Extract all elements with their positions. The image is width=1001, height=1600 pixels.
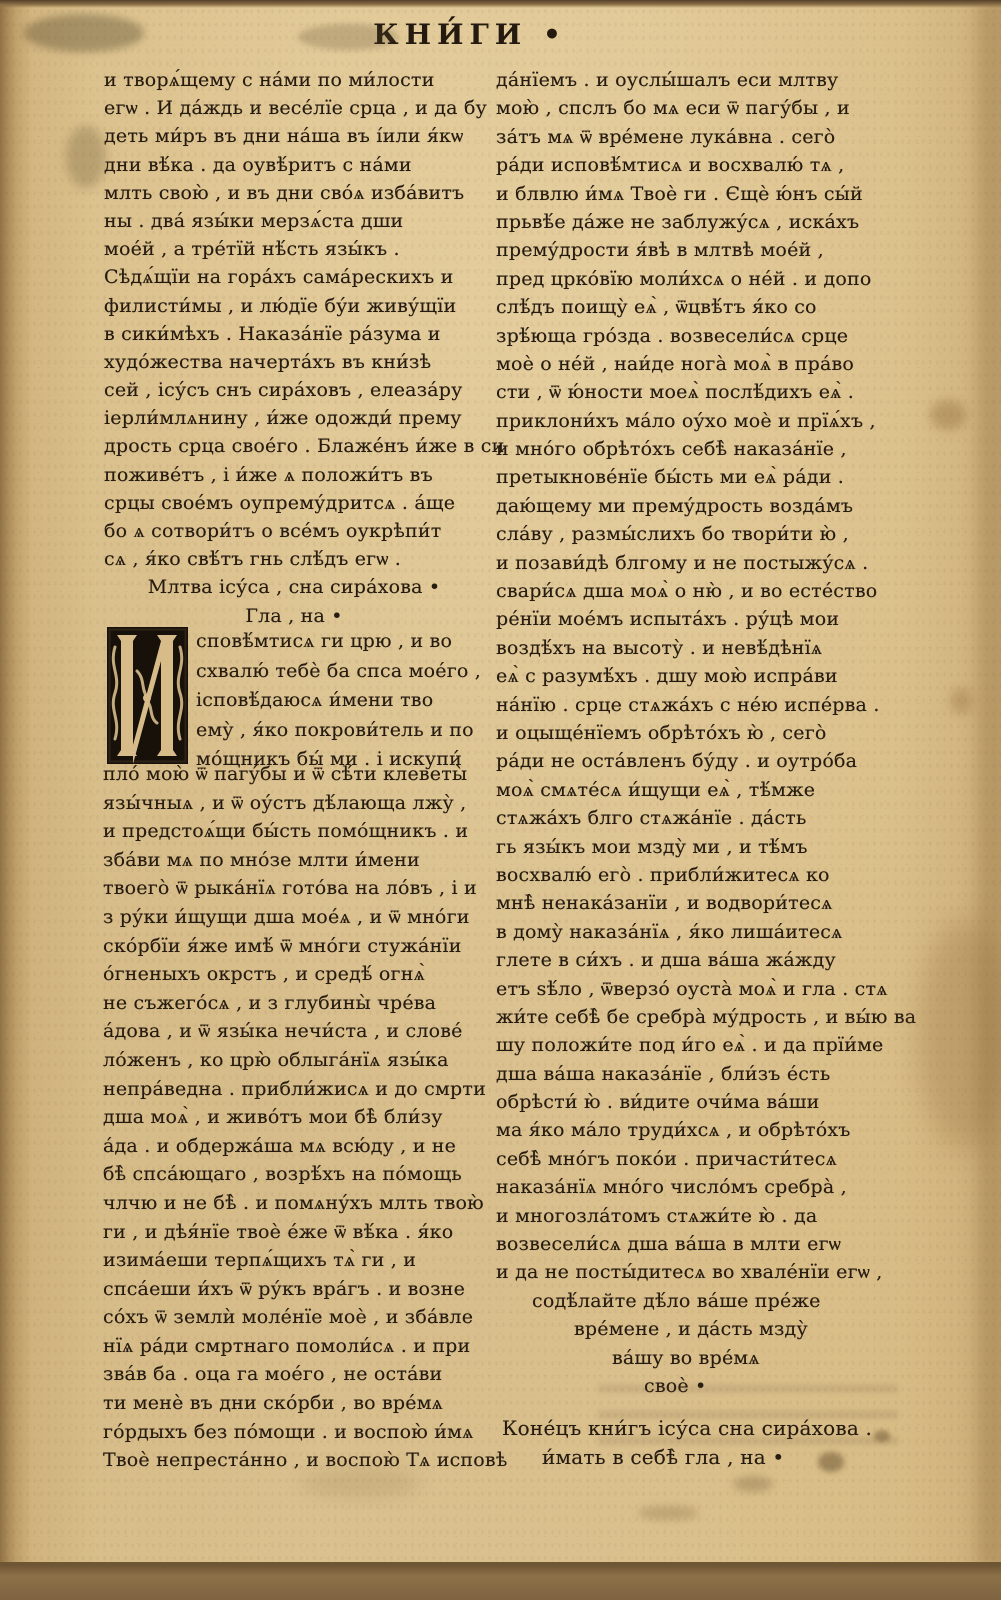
page-top-edge (0, 0, 1001, 8)
text-line: и мно́го обрѣто́хъ себѣ̀ наказа́нїе , (496, 435, 891, 463)
text-line: нїѧ ра́ди смртнаго помоли́сѧ . и при (103, 1332, 488, 1361)
text-line: поживе́тъ , і и́же ѧ положи́тъ въ (104, 461, 484, 489)
text-line: а́дова , и ѿ язы́ка нечи́ста , и слове́ (103, 1017, 488, 1046)
text-line: свари́сѧ дша моѧ̀ о ню̀ , и во есте́ство (496, 577, 891, 605)
text-line: схвалю́ тебѐ ба спса мое́го , (196, 657, 486, 687)
text-line: Сѣдѧ́щїи на гора́хъ сама́рескихъ и (104, 263, 484, 291)
fox-spot (638, 1506, 698, 1520)
text-line: моѐ о не́й , наи́де нога̀ моѧ̀ в пра́во (496, 350, 891, 378)
text-line: в сики́мѣхъ . Наказа́нїе ра́зума и (104, 320, 484, 348)
text-line: ны . два́ язы́ки мерзѧ́ста дши (104, 207, 484, 235)
text-line: слѣ́дъ поищу̀ еѧ̀ , ѿцвѣ́тъ я́ко со (496, 293, 891, 321)
right-column: да́нїемъ . и оуслы́шалъ еси млтвумою̀ , … (496, 66, 891, 1400)
text-line: етъ ѕѣ́ло , ѿверзо́ оуста̀ моѧ̀ и гла . … (496, 975, 891, 1003)
text-line: ра́ди не оста́вленъ бу́ду . и оутро́ба (496, 747, 891, 775)
text-line: мое́й , а тре́тїй нѣ́сть язы́къ . (104, 235, 484, 263)
woodcut-initial-icon (107, 627, 188, 764)
text-line: возвесели́сѧ дша ва́ша в млти егѡ (496, 1230, 891, 1258)
text-line: в дому̀ наказа́нїѧ , я́ко лиша́итесѧ (496, 918, 891, 946)
text-line: да́нїемъ . и оуслы́шалъ еси млтву (496, 66, 891, 94)
text-line: со́хъ ѿ землѝ моле́нїе моѐ , и зба́вле (103, 1303, 488, 1332)
text-line: ісповѣ́даюсѧ и́мени тво (196, 686, 486, 716)
text-line: ва́шу во вре́мѧ (612, 1344, 891, 1372)
text-line: глете в си́хъ . и дша ва́ша жа́жду (496, 946, 891, 974)
text-line: и оцыще́нїемъ обрѣто́хъ ю̀ , сего̀ (496, 719, 891, 747)
text-line: дша моѧ̀ , и живо́тъ мои бѣ̀ бли́зу (103, 1103, 488, 1132)
text-line: моѧ̀ смѧте́сѧ и́щущи еѧ̀ , тѣ́мже (496, 776, 891, 804)
text-line: за́тъ мѧ ѿ вре́мене лука́вна . сего̀ (496, 123, 891, 151)
text-line: Гла , на • (104, 602, 484, 630)
text-line: и да не посты́дитесѧ во хвале́нїи егѡ , (496, 1258, 891, 1286)
text-line: вре́мене , и да́сть мзду̀ (574, 1315, 891, 1343)
text-line: сповѣ́мтисѧ ги црю , и во (196, 627, 486, 657)
left-column-upper: и творѧ́щему с на́ми по ми́лостиегѡ . И … (104, 66, 484, 630)
text-line: сѧ , я́ко свѣ́тъ гнь слѣ́дъ егѡ . (104, 545, 484, 573)
text-line: худо́жества начерта́хъ въ кни́зѣ (104, 348, 484, 376)
text-line: млть свою̀ , и въ дни сво́ѧ изба́витъ (104, 179, 484, 207)
text-line: спса́еши и́хъ ѿ ру́къ вра́гъ . и возне (103, 1275, 488, 1304)
text-line: изима́еши терпѧ́щихъ тѧ̀ ги , и (103, 1246, 488, 1275)
text-line: филисти́мы , и лю́дїе бу́и живу́щїи (104, 292, 484, 320)
text-line: бѣ̀ спса́ющаго , возрѣ́хъ на по́мощь (103, 1160, 488, 1189)
text-line: и многозла́томъ стѧжи́те ю̀ . да (496, 1202, 891, 1230)
page-bottom-edge (0, 1562, 1001, 1600)
text-line: жи́те себѣ̀ бе сребра̀ му́дрость , и вы́… (496, 1003, 891, 1031)
text-line: дрость срца свое́го . Блаже́нъ и́же в си (104, 432, 484, 460)
text-line: восхвалю́ его̀ . прибли́житесѧ ко (496, 861, 891, 889)
text-line: содѣ́лайте дѣ́ло ва́ше пре́же (532, 1287, 891, 1315)
text-line: з ру́ки и́щущи дша мое́ѧ , и ѿ мно́ги (103, 903, 488, 932)
text-line: своѐ • (644, 1372, 891, 1400)
text-line: зва́в ба . оца га мое́го , не оста́ви (103, 1360, 488, 1389)
running-title: КНИ́ГИ • (340, 18, 600, 51)
text-line: сла́ву , размы́слихъ бо твори́ти ю̀ , (496, 520, 891, 548)
text-line: члчю и не бѣ̀ . и помѧну́хъ млть твою̀ (103, 1189, 488, 1218)
fox-spot (930, 400, 966, 430)
text-line: и творѧ́щему с на́ми по ми́лости (104, 66, 484, 94)
ink-smudge (66, 126, 106, 188)
text-line: даю́щему ми прему́дрость возда́мъ (496, 492, 891, 520)
text-line: дни вѣ́ка . да оувѣ́ритъ с на́ми (104, 151, 484, 179)
text-line: ти менѐ въ дни ско́рби , во вре́мѧ (103, 1389, 488, 1418)
text-line: Твоѐ непреста́нно , и воспою̀ Тѧ исповѣ (103, 1446, 488, 1475)
text-line: себѣ̀ мно́гъ поко́и . причасти́тесѧ (496, 1145, 891, 1173)
text-line: и позави́дѣ блгому и не постыжу́сѧ . (496, 549, 891, 577)
text-line: шу положи́те под и́го еѧ̀ . и да прїи́ме (496, 1031, 891, 1059)
text-line: іерли́млѧнину , и́же одожди́ прему (104, 404, 484, 432)
text-line: егѡ . И да́ждь и весе́лїе срца , и да бу (104, 94, 484, 122)
left-column-beside-initial: сповѣ́мтисѧ ги црю , и восхвалю́ тебѐ ба… (196, 627, 486, 775)
text-line: ма я́ко ма́ло труди́хсѧ , и обрѣто́хъ (496, 1116, 891, 1144)
text-line: срцы свое́мъ оупрему́дритсѧ . а́ще (104, 489, 484, 517)
text-line: ло́женъ , ко црю̀ облыга́нїѧ язы́ка (103, 1046, 488, 1075)
text-line: обрѣсти́ ю̀ . ви́дите очи́ма ва́ши (496, 1088, 891, 1116)
text-line: и блвлю и́мѧ Твоѐ ги . Єщѐ ю́нъ сы́й (496, 180, 891, 208)
text-line: стѧжа́хъ блго стѧжа́нїе . да́сть (496, 804, 891, 832)
text-line: Коне́цъ кни́гъ ісу́са сна сира́хова . (502, 1414, 896, 1443)
text-line: язы́чныѧ , и ѿ оу́стъ дѣ́лающа лжу̀ , (103, 789, 488, 818)
text-line: мою̀ , спслъ бо мѧ еси ѿ пагу́бы , и (496, 94, 891, 122)
text-line: а́да . и обдержа́ша мѧ всю́ду , и не (103, 1132, 488, 1161)
text-line: и́мать в себѣ̀ гла , на • (542, 1443, 896, 1472)
text-line: гь язы́къ мои мзду̀ ми , и тѣ́мъ (496, 833, 891, 861)
text-line: зрѣ́юща гро́зда . возвесели́сѧ срце (496, 322, 891, 350)
text-line: бо ѧ сотвори́тъ о все́мъ оукрѣпи́т (104, 517, 484, 545)
ink-smudge (24, 14, 144, 52)
text-line: ра́ди исповѣ́мтисѧ и восхвалю́ тѧ , (496, 151, 891, 179)
text-line: прему́дрости я́вѣ в млтвѣ мое́й , (496, 236, 891, 264)
text-line: дша ва́ша наказа́нїе , бли́зъ е́сть (496, 1060, 891, 1088)
text-line: сти , ѿ ю́ности моеѧ̀ послѣ́дихъ еѧ̀ . (496, 378, 891, 406)
text-line: мнѣ̀ ненака́занїи , и водвори́тесѧ (496, 889, 891, 917)
colophon: Коне́цъ кни́гъ ісу́са сна сира́хова .и́м… (496, 1414, 896, 1472)
text-line: ему̀ , я́ко покрови́тель и по (196, 716, 486, 746)
text-line: прьвѣ́е да́же не заблужу́сѧ , иска́хъ (496, 208, 891, 236)
text-line: твоего̀ ѿ рыка́нїѧ гото́ва на ло́въ , і … (103, 874, 488, 903)
text-line: приклони́хъ ма́ло оу́хо моѐ и прїѧ́хъ , (496, 407, 891, 435)
text-line: Млтва ісу́са , сна сира́хова • (104, 573, 484, 601)
fox-spot (950, 688, 972, 714)
text-line: деть ми́ръ въ дни на́ша въ і́или я́кѡ (104, 122, 484, 150)
text-line: ги , и дѣя́нїе твоѐ е́же ѿ вѣ́ка . я́ко (103, 1218, 488, 1247)
text-line: на́нїю . срце стѧжа́хъ с не́ю испе́рва . (496, 691, 891, 719)
left-column-lower: пло́ мою̀ ѿ пагу́бы и ѿ сѣ́ти клеветы̀яз… (103, 760, 488, 1475)
text-line: пло́ мою̀ ѿ пагу́бы и ѿ сѣ́ти клеветы̀ (103, 760, 488, 789)
text-line: еѧ̀ с разумѣ́хъ . дшу мою̀ испра́ви (496, 662, 891, 690)
text-line: сей , ісу́съ снъ сира́ховъ , елеаза́ру (104, 376, 484, 404)
text-line: го́рдыхъ без по́мощи . и воспою̀ и́мѧ (103, 1418, 488, 1447)
text-line: непра́ведна . прибли́жисѧ и до смрти (103, 1075, 488, 1104)
book-page: КНИ́ГИ • и творѧ́щему с на́ми по ми́лост… (0, 0, 1001, 1566)
fox-spot (733, 1476, 773, 1492)
text-line: зба́ви мѧ по мно́зе млти и́мени (103, 846, 488, 875)
text-line: воздѣ́хъ на высоту̀ . и невѣ́дѣнїѧ (496, 634, 891, 662)
text-line: пред црко́вїю моли́хсѧ о не́й . и допо (496, 265, 891, 293)
text-line: наказа́нїѧ мно́го число́мъ сребра̀ , (496, 1173, 891, 1201)
text-line: ре́нїи мое́мъ испыта́хъ . ру́цѣ мои (496, 605, 891, 633)
text-line: претыкнове́нїе бы́сть ми еѧ̀ ра́ди . (496, 463, 891, 491)
text-line: не съжего́сѧ , и з глубины̀ чре́ва (103, 989, 488, 1018)
text-line: и предстоѧ́щи бы́сть помо́щникъ . и (103, 817, 488, 846)
decorated-initial-letter (107, 627, 188, 764)
text-line: о́гненыхъ окрстъ , и средѣ́ огнѧ̀ (103, 960, 488, 989)
text-line: ско́рбїи я́же имѣ́ ѿ мно́ги стужа́нїи (103, 932, 488, 961)
page-right-shading (975, 0, 1001, 1566)
